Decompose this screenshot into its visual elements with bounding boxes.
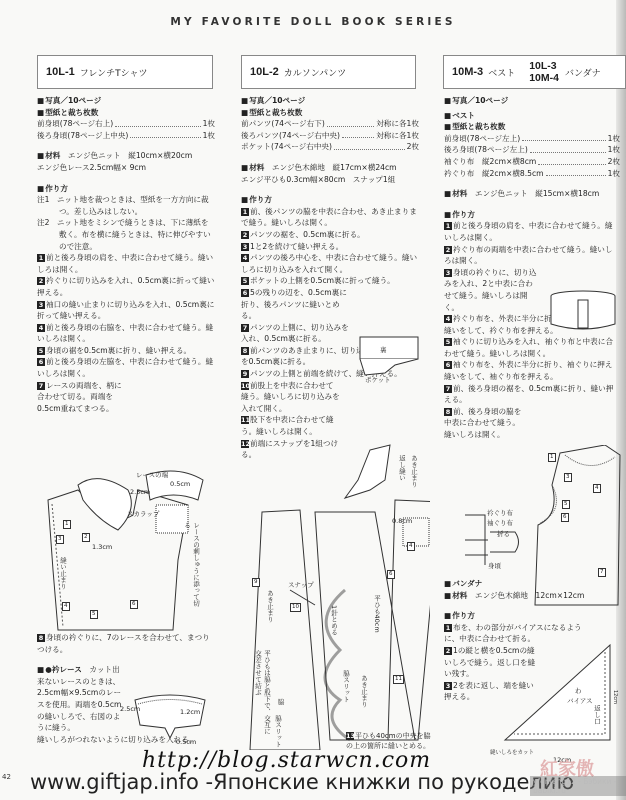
marker: 1 xyxy=(63,520,71,529)
vest-heading: ベスト xyxy=(444,110,620,122)
pattern-code: 10M-3 xyxy=(452,66,483,78)
note: 注2 ニット地をミシンで縫うときは、下に薄紙を敷く。布を横に縫うときは、特に伸び… xyxy=(37,217,215,252)
label-sleeve-band: 袖ぐり布 xyxy=(487,518,513,527)
marker: 4 xyxy=(62,602,70,611)
note: 注1 ニット地を裁つときは、型紙を一方方向に裁つ。差し込みはしない。 xyxy=(37,194,215,217)
pattern-item: 後ろ身頃(78ページ上中央)1枚 xyxy=(37,130,215,142)
label-body: 身頃 xyxy=(488,561,501,570)
pattern-code-group: 10L-3 10M-4 xyxy=(529,60,559,84)
step: 8前、後ろ身頃の脇を中表に合わせて縫う。縫いしろは開く。 xyxy=(444,406,522,441)
label-sew-stop: 縫い止まり xyxy=(59,557,68,607)
step: 2パンツの裾を、0.5cm裏に折る。 xyxy=(241,229,419,241)
method-heading: 作り方 xyxy=(444,209,620,221)
step: 1前と後ろ身頃の肩を、中表に合わせて縫う。縫いしろは開く。 xyxy=(444,220,620,243)
label-dim: 0.8cm xyxy=(392,517,412,525)
method-heading: 作り方 xyxy=(444,610,620,622)
step: 10前股上を中表に合わせて縫う。縫いしろに切り込みを入れて開く。 xyxy=(241,380,341,415)
label-lace-edge: レースの端 xyxy=(136,470,168,479)
marker: 9 xyxy=(252,578,260,587)
step: 6袖ぐり布を、外表に半分に折り、袖ぐりに押え縫いをして、袖ぐり布を押える。 xyxy=(444,359,620,382)
marker: 7 xyxy=(598,568,606,577)
column-pants: 写真／10ページ 型紙と裁ち枚数 前パンツ(74ページ右下)対称に各1枚 後ろパ… xyxy=(241,95,419,461)
step: 7パンツの上側に、切り込みを入れ、0.5cm裏に折る。 xyxy=(241,322,349,345)
step: 1前、後パンツの脇を中表に合わせ、あき止まりまで縫う。縫いしろは開く。 xyxy=(241,206,419,229)
photo-ref: 写真／10ページ xyxy=(241,95,419,107)
pattern-item: 後ろパンツ(74ページ右中央)対称に各1枚 xyxy=(241,130,419,142)
step: 4前と後ろ身頃の右脇を、中表に合わせて縫う。縫いしろは開く。 xyxy=(37,322,215,345)
series-title: MY FAVORITE DOLL BOOK SERIES xyxy=(0,16,626,28)
collar-note: ●衿レース カット出来ないレースのときは、2.5cm幅×9.5cmのレースを使用… xyxy=(37,664,123,734)
materials: 材料 エンジ色木綿地 12cm×12cm xyxy=(444,590,620,602)
marker: 3 xyxy=(56,535,64,544)
pattern-name: バンダナ xyxy=(565,66,601,79)
marker: 4 xyxy=(407,542,415,551)
pattern-code: 10M-4 xyxy=(529,72,559,84)
watermark-small: yfenfeng12 - Бэбики - babiki.ru xyxy=(530,776,626,796)
pattern-item: 前身頃(78ページ右上)1枚 xyxy=(37,118,215,130)
step: 3袖口の縫い止まりに切り込みを入れ、0.5cm裏に折って縫い押える。 xyxy=(37,299,215,322)
pattern-heading: 型紙と裁ち枚数 xyxy=(241,107,419,119)
label-side: 脇 xyxy=(278,697,285,706)
label-backstitch: 返し縫い xyxy=(398,455,407,500)
bandana-heading: バンダナ xyxy=(444,578,620,590)
pattern-code: 10L-3 xyxy=(529,60,559,72)
column-vest: 写真／10ページ ベスト 型紙と裁ち枚数 前身頃(78ページ左上)1枚 後ろ身頃… xyxy=(444,95,620,441)
label-dim: 1.3cm xyxy=(92,543,112,551)
pattern-code: 10L-1 xyxy=(46,66,75,78)
step: 5身頃の裾を0.5cm裏に折り、縫い押える。 xyxy=(37,345,215,357)
pattern-item: 前身頃(78ページ左上)1枚 xyxy=(444,133,620,145)
pattern-item: 衿ぐり布 縦2cm×横8.5cm1枚 xyxy=(444,168,620,180)
marker: 2 xyxy=(82,533,90,542)
label-return-opening: 返し口 xyxy=(593,705,602,735)
label-dim: 12cm xyxy=(612,690,618,710)
step: 5袖ぐりに切り込みを入れ、袖ぐり布と中表に合わせて縫う。縫いしろは開く。 xyxy=(444,336,620,359)
step: 31と2を続けて縫い押える。 xyxy=(241,241,419,253)
pattern-name: ベスト xyxy=(488,66,515,79)
label-snap: スナップ xyxy=(288,580,314,589)
label-flat-cord: 平ひも40cm xyxy=(373,595,382,635)
step: 6前と後ろ身頃の左脇を、中表に合わせて縫う。縫いしろは開く。 xyxy=(37,356,215,379)
pattern-item: 前パンツ(74ページ右下)対称に各1枚 xyxy=(241,118,419,130)
method-heading: 作り方 xyxy=(37,183,215,195)
step: 5ポケットの上側を0.5cm裏に折って縫う。 xyxy=(241,275,419,287)
label-fold: 折る xyxy=(497,529,510,538)
column-tshirt: 写真／10ページ 型紙と裁ち枚数 前身頃(78ページ右上)1枚 後ろ身頃(78ペ… xyxy=(37,95,215,414)
title-box-vest-bandana: 10M-3 ベスト 10L-3 10M-4 バンダナ xyxy=(443,55,626,89)
label-opening-stop: あき止まり xyxy=(266,590,275,635)
label-side-slit: 脇スリット xyxy=(342,670,351,710)
label-collar-band: 衿ぐり布 xyxy=(487,508,513,517)
label-one-stitch: 1針とめる xyxy=(330,605,339,645)
pattern-name: フレンチTシャツ xyxy=(80,66,148,79)
step: 8身頃の衿ぐりに、7のレースを合わせて、まつりつける。 xyxy=(37,632,215,655)
page-number: 42 xyxy=(2,773,11,781)
label-dim: 2.5cm xyxy=(120,705,140,713)
step: 2衿ぐり布の両端を中表に合わせて縫う。縫いしろは開く。 xyxy=(444,244,620,267)
label-pocket-back: 裏 xyxy=(380,345,387,354)
step: 3身頃の衿ぐりに、切り込みを入れ、2と中表に合わせて縫う。縫いしろは開く。 xyxy=(444,267,539,313)
step: 7レースの両端を、柄に合わせて切る。両端を0.5cm重ねてまつる。 xyxy=(37,380,125,415)
method-heading: 作り方 xyxy=(241,194,419,206)
step: 11股下を中表に合わせて縫う。縫いしろは開く。 xyxy=(241,414,341,437)
label-pocket: ポケット xyxy=(365,375,391,384)
step: 4パンツの後ろ中心を、中表に合わせて縫う。縫いしろに切り込みを入れて開く。 xyxy=(241,252,419,275)
marker: 5 xyxy=(90,610,98,619)
label-dim: 0.5cm xyxy=(170,480,190,488)
step: 1前と後ろ身頃の肩を、中表に合わせて縫う。縫いしろは開く。 xyxy=(37,252,215,275)
pattern-heading: 型紙と裁ち枚数 xyxy=(444,121,620,133)
label-fold: わ xyxy=(575,686,582,695)
label-dim: 2.5cm xyxy=(130,488,150,496)
pattern-item: ポケット(74ページ右中央)2枚 xyxy=(241,141,419,153)
label-dim: 1.2cm xyxy=(180,708,200,716)
marker: 5 xyxy=(562,500,570,509)
marker: 6 xyxy=(561,513,569,522)
label-dim: 0.5cm xyxy=(176,738,196,746)
marker: 1 xyxy=(548,453,556,462)
materials: 材料 エンジ色ニット 縦15cm×横18cm xyxy=(444,188,620,200)
pattern-code: 10L-2 xyxy=(250,66,279,78)
book-page: MY FAVORITE DOLL BOOK SERIES 10L-1 フレンチT… xyxy=(0,0,626,800)
marker: 6 xyxy=(387,570,395,579)
label-cut-along: レースの刺しゅうに添って切る xyxy=(183,522,201,612)
step: 65の残りの辺を、0.5cm裏に折り、後ろパンツに縫いとめる。 xyxy=(241,287,349,322)
marker: 6 xyxy=(130,600,138,609)
step: 7前、後ろ身頃の裾を、0.5cm裏に折り、縫い押える。 xyxy=(444,383,620,406)
pattern-heading: 型紙と裁ち枚数 xyxy=(37,107,215,119)
label-scallop: スカラップ xyxy=(127,509,159,518)
watermark-site: www.giftjap.info -Японские книжки по рук… xyxy=(30,770,574,794)
title-box-tshirt: 10L-1 フレンチTシャツ xyxy=(37,55,213,89)
label-bias: バイアス xyxy=(567,696,593,705)
label-opening-stop: あき止まり xyxy=(360,675,369,720)
pattern-name: カルソンパンツ xyxy=(284,66,346,79)
pattern-item: 袖ぐり布 縦2cm×横8cm2枚 xyxy=(444,156,620,168)
marker: 4 xyxy=(593,484,601,493)
collar-band-diagram xyxy=(548,290,618,332)
materials-line: エンジ平ひも0.3cm幅×80cm スナップ1組 xyxy=(241,174,419,186)
materials: 材料 エンジ色木綿地 縦17cm×横24cm xyxy=(241,162,419,174)
marker: 3 xyxy=(564,473,572,482)
photo-ref: 写真／10ページ xyxy=(444,95,620,107)
photo-ref: 写真／10ページ xyxy=(37,95,215,107)
title-box-pants: 10L-2 カルソンパンツ xyxy=(241,55,416,89)
materials: 材料 エンジ色ニット 縦10cm×横20cm xyxy=(37,150,215,162)
label-opening-stop: あき止まり xyxy=(410,455,419,500)
marker: 10 xyxy=(290,603,301,612)
label-cut: 縫いしろをカット xyxy=(490,748,534,756)
label-cord-note: 平ひもは脇と股下で、交互に交差させて結ぶ xyxy=(250,650,272,740)
marker: 11 xyxy=(393,675,404,684)
materials-line: エンジ色レース2.5cm幅× 9cm xyxy=(37,162,215,174)
step: 2衿ぐりに切り込みを入れ、0.5cm裏に折って縫い押える。 xyxy=(37,275,215,298)
pattern-item: 後ろ身頃(78ページ左上)1枚 xyxy=(444,144,620,156)
